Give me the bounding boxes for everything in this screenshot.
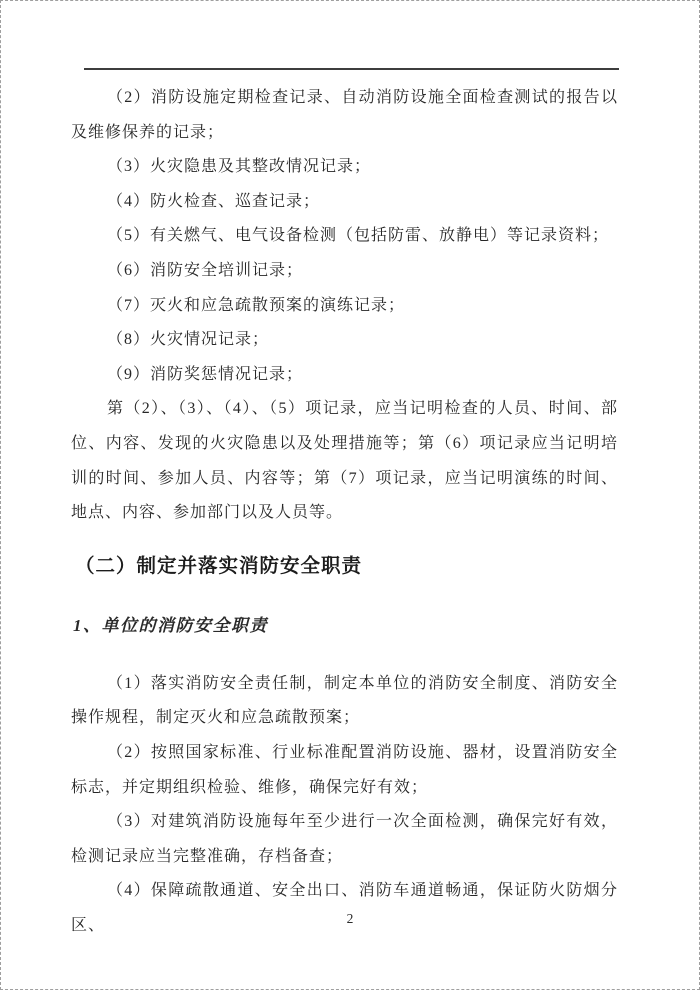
summary-paragraph: 第（2）、（3）、（4）、（5）项记录，应当记明检查的人员、时间、部位、内容、发…	[71, 392, 618, 530]
section-heading: （二）制定并落实消防安全职责	[71, 551, 618, 581]
duty-list-item: （2）按照国家标准、行业标准配置消防设施、器材，设置消防安全标志，并定期组织检验…	[71, 736, 618, 805]
record-list-item: （7）灭火和应急疏散预案的演练记录；	[71, 289, 618, 324]
duty-list-item: （4）保障疏散通道、安全出口、消防车通道畅通，保证防火防烟分区、	[71, 874, 618, 943]
record-list-item: （5）有关燃气、电气设备检测（包括防雷、放静电）等记录资料；	[71, 219, 618, 254]
record-list-item: （6）消防安全培训记录；	[71, 254, 618, 289]
record-list-item: （2）消防设施定期检查记录、自动消防设施全面检查测试的报告以及维修保养的记录；	[71, 81, 618, 150]
duty-list-item: （3）对建筑消防设施每年至少进行一次全面检测，确保完好有效，检测记录应当完整准确…	[71, 805, 618, 874]
header-divider-rule	[84, 68, 619, 70]
record-list-item: （9）消防奖惩情况记录；	[71, 358, 618, 393]
sub-heading: 1、单位的消防安全职责	[71, 611, 618, 641]
record-list-item: （8）火灾情况记录；	[71, 323, 618, 358]
record-list-item: （3）火灾隐患及其整改情况记录；	[71, 150, 618, 185]
record-list-item: （4）防火检查、巡查记录；	[71, 185, 618, 220]
duty-list-item: （1）落实消防安全责任制，制定本单位的消防安全制度、消防安全操作规程，制定灭火和…	[71, 667, 618, 736]
document-page: （2）消防设施定期检查记录、自动消防设施全面检查测试的报告以及维修保养的记录； …	[0, 0, 700, 990]
document-body: （2）消防设施定期检查记录、自动消防设施全面检查测试的报告以及维修保养的记录； …	[71, 81, 618, 943]
page-number: 2	[1, 911, 699, 927]
